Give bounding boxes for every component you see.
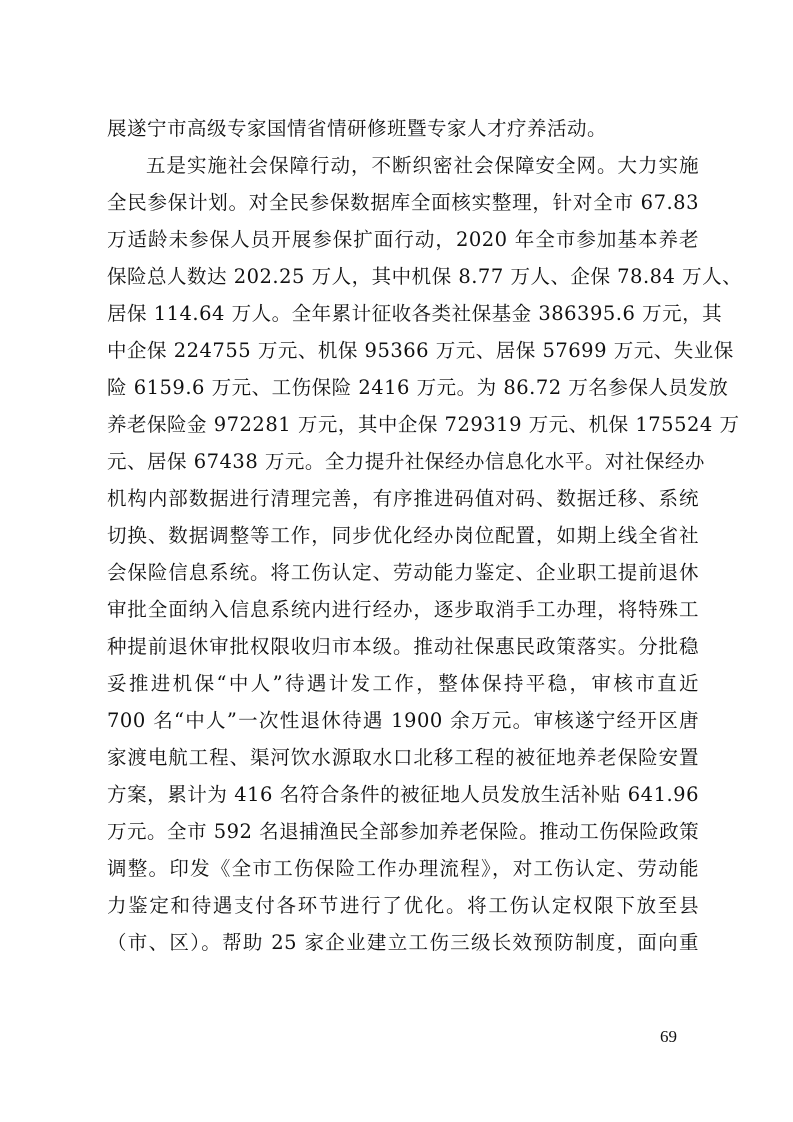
- text-line: 会保险信息系统。将工伤认定、劳动能力鉴定、企业职工提前退休: [107, 554, 699, 591]
- text-line: 万适龄未参保人员开展参保扩面行动，2020 年全市参加基本养老: [107, 221, 699, 258]
- text-line: 审批全面纳入信息系统内进行经办，逐步取消手工办理，将特殊工: [107, 591, 699, 628]
- text-line: 保险总人数达 202.25 万人，其中机保 8.77 万人、企保 78.84 万…: [107, 258, 699, 295]
- text-line: 全民参保计划。对全民参保数据库全面核实整理，针对全市 67.83: [107, 184, 699, 221]
- text-line: 万元。全市 592 名退捕渔民全部参加养老保险。推动工伤保险政策: [107, 813, 699, 850]
- paragraph-start-line: 五是实施社会保障行动，不断织密社会保障安全网。大力实施: [146, 147, 699, 184]
- text-line: 种提前退休审批权限收归市本级。推动社保惠民政策落实。分批稳: [107, 628, 699, 665]
- text-line: 居保 114.64 万人。全年累计征收各类社保基金 386395.6 万元，其: [107, 295, 699, 332]
- text-line: 元、居保 67438 万元。全力提升社保经办信息化水平。对社保经办: [107, 443, 699, 480]
- document-page: 展遂宁市高级专家国情省情研修班暨专家人才疗养活动。 五是实施社会保障行动，不断织…: [0, 0, 793, 1122]
- text-line: 机构内部数据进行清理完善，有序推进码值对码、数据迁移、系统: [107, 480, 699, 517]
- text-line: 展遂宁市高级专家国情省情研修班暨专家人才疗养活动。: [107, 110, 699, 147]
- text-line: 切换、数据调整等工作，同步优化经办岗位配置，如期上线全省社: [107, 517, 699, 554]
- text-line: 调整。印发《全市工伤保险工作办理流程》，对工伤认定、劳动能: [107, 850, 699, 887]
- text-line: 家渡电航工程、渠河饮水源取水口北移工程的被征地养老保险安置: [107, 739, 699, 776]
- text-line: 险 6159.6 万元、工伤保险 2416 万元。为 86.72 万名参保人员发…: [107, 369, 699, 406]
- text-line: 方案，累计为 416 名符合条件的被征地人员发放生活补贴 641.96: [107, 776, 699, 813]
- page-number: 69: [660, 1027, 677, 1047]
- text-line: （市、区）。帮助 25 家企业建立工伤三级长效预防制度，面向重: [107, 924, 699, 961]
- text-line: 中企保 224755 万元、机保 95366 万元、居保 57699 万元、失业…: [107, 332, 699, 369]
- text-line: 养老保险金 972281 万元，其中企保 729319 万元、机保 175524…: [107, 406, 699, 443]
- text-line: 力鉴定和待遇支付各环节进行了优化。将工伤认定权限下放至县: [107, 887, 699, 924]
- text-line: 妥推进机保“中人”待遇计发工作，整体保持平稳，审核市直近: [107, 665, 699, 702]
- text-line: 700 名“中人”一次性退休待遇 1900 余万元。审核遂宁经开区唐: [107, 702, 699, 739]
